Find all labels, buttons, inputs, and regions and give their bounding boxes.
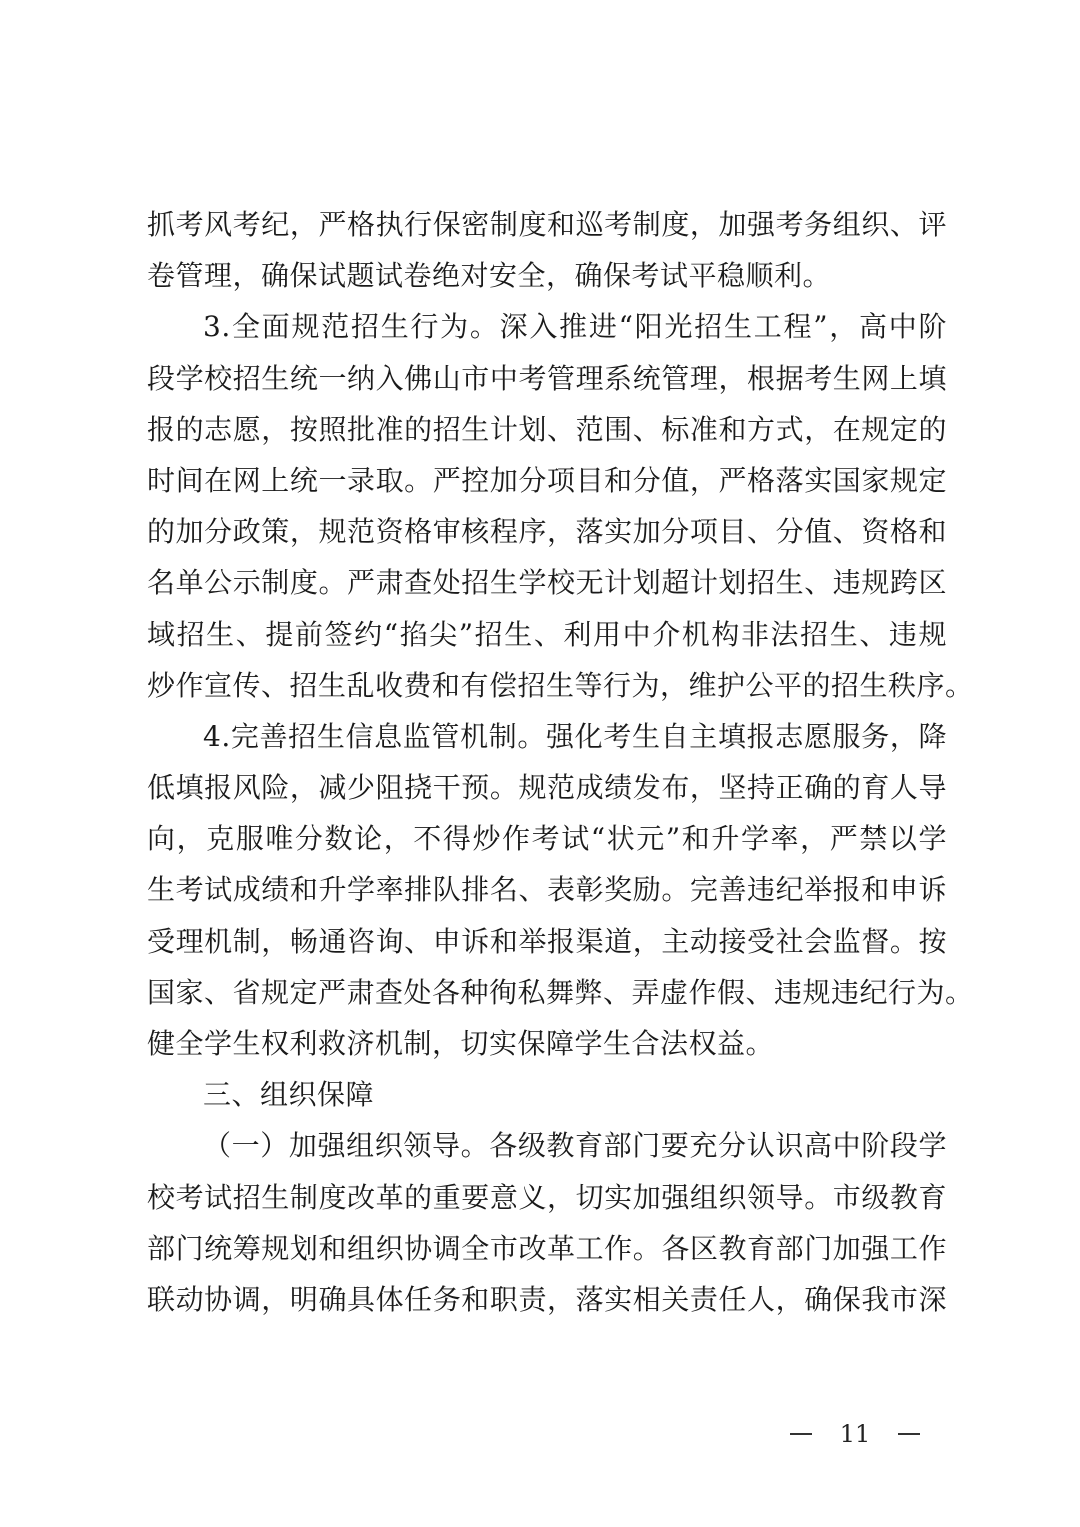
text-line: （一）加强组织领导。各级教育部门要充分认识高中阶段学 [147, 1120, 947, 1171]
text-line: 低填报风险，减少阻挠干预。规范成绩发布，坚持正确的育人导 [147, 762, 947, 813]
document-page: 抓考风考纪，严格执行保密制度和巡考制度，加强考务组织、评 卷管理，确保试题试卷绝… [0, 0, 1080, 1527]
page-number-value: 11 [840, 1420, 871, 1448]
text-line: 抓考风考纪，严格执行保密制度和巡考制度，加强考务组织、评 [147, 199, 947, 250]
text-line: 健全学生权利救济机制，切实保障学生合法权益。 [147, 1018, 947, 1069]
paragraph-item-4: 4.完善招生信息监管机制。强化考生自主填报志愿服务，降 低填报风险，减少阻挠干预… [147, 711, 947, 1069]
text-line: 报的志愿，按照批准的招生计划、范围、标准和方式，在规定的 [147, 404, 947, 455]
text-line: 的加分政策，规范资格审核程序，落实加分项目、分值、资格和 [147, 506, 947, 557]
document-body: 抓考风考纪，严格执行保密制度和巡考制度，加强考务组织、评 卷管理，确保试题试卷绝… [147, 199, 947, 1325]
dash-right [898, 1433, 920, 1435]
text-line: 炒作宣传、招生乱收费和有偿招生等行为，维护公平的招生秩序。 [147, 660, 947, 711]
text-line: 生考试成绩和升学率排队排名、表彰奖励。完善违纪举报和申诉 [147, 864, 947, 915]
text-line: 段学校招生统一纳入佛山市中考管理系统管理，根据考生网上填 [147, 353, 947, 404]
text-line: 联动协调，明确具体任务和职责，落实相关责任人，确保我市深 [147, 1274, 947, 1325]
text-line: 向，克服唯分数论，不得炒作考试“状元”和升学率，严禁以学 [147, 813, 947, 864]
text-line: 部门统筹规划和组织协调全市改革工作。各区教育部门加强工作 [147, 1223, 947, 1274]
text-line: 卷管理，确保试题试卷绝对安全，确保考试平稳顺利。 [147, 250, 947, 301]
paragraph-organization: （一）加强组织领导。各级教育部门要充分认识高中阶段学 校考试招生制度改革的重要意… [147, 1120, 947, 1325]
text-line: 4.完善招生信息监管机制。强化考生自主填报志愿服务，降 [147, 711, 947, 762]
text-line: 3.全面规范招生行为。深入推进“阳光招生工程”，高中阶 [147, 301, 947, 352]
dash-left [790, 1433, 812, 1435]
heading-text: 三、组织保障 [147, 1069, 947, 1120]
text-line: 校考试招生制度改革的重要意义，切实加强组织领导。市级教育 [147, 1172, 947, 1223]
text-line: 时间在网上统一录取。严控加分项目和分值，严格落实国家规定 [147, 455, 947, 506]
paragraph-item-3: 3.全面规范招生行为。深入推进“阳光招生工程”，高中阶 段学校招生统一纳入佛山市… [147, 301, 947, 711]
text-line: 名单公示制度。严肃查处招生学校无计划超计划招生、违规跨区 [147, 557, 947, 608]
section-heading: 三、组织保障 [147, 1069, 947, 1120]
text-line: 域招生、提前签约“掐尖”招生、利用中介机构非法招生、违规 [147, 609, 947, 660]
text-line: 国家、省规定严肃查处各种徇私舞弊、弄虚作假、违规违纪行为。 [147, 967, 947, 1018]
paragraph-continuation: 抓考风考纪，严格执行保密制度和巡考制度，加强考务组织、评 卷管理，确保试题试卷绝… [147, 199, 947, 301]
page-number: 11 [790, 1420, 920, 1448]
text-line: 受理机制，畅通咨询、申诉和举报渠道，主动接受社会监督。按 [147, 916, 947, 967]
